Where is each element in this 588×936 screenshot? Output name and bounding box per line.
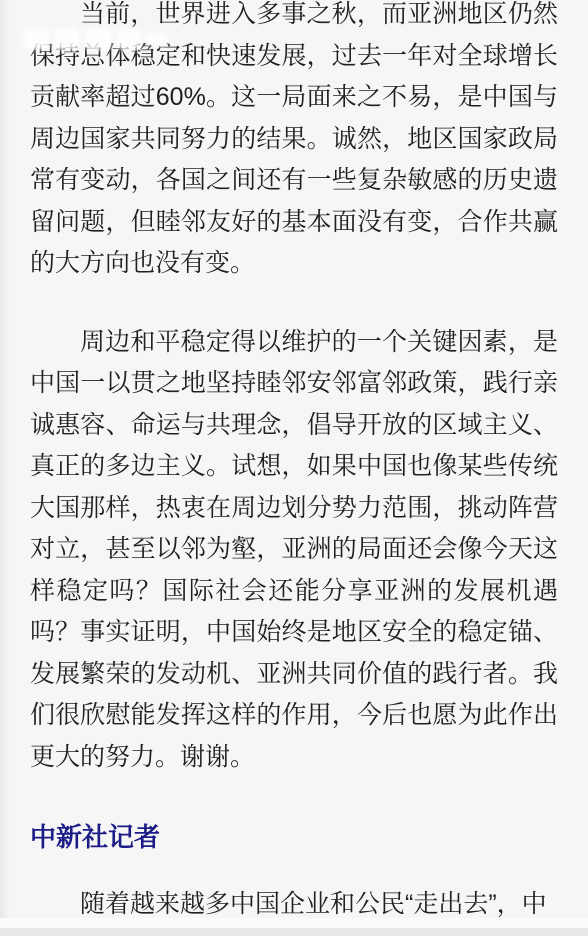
section-heading: 中新社记者 — [30, 820, 558, 854]
paragraph-2: 周边和平稳定得以维护的一个关键因素，是中国一以贯之地坚持睦邻安邻富邻政策，践行亲… — [30, 322, 558, 779]
page-bottom-edge-dark — [0, 927, 588, 936]
article-page: 当前，世界进入多事之秋，而亚洲地区仍然保持总体稳定和快速发展，过去一年对全球增长… — [0, 0, 588, 936]
paragraph-1: 当前，世界进入多事之秋，而亚洲地区仍然保持总体稳定和快速发展，过去一年对全球增长… — [30, 0, 558, 285]
left-edge-shade — [0, 0, 10, 936]
article-content: 当前，世界进入多事之秋，而亚洲地区仍然保持总体稳定和快速发展，过去一年对全球增长… — [30, 0, 558, 926]
